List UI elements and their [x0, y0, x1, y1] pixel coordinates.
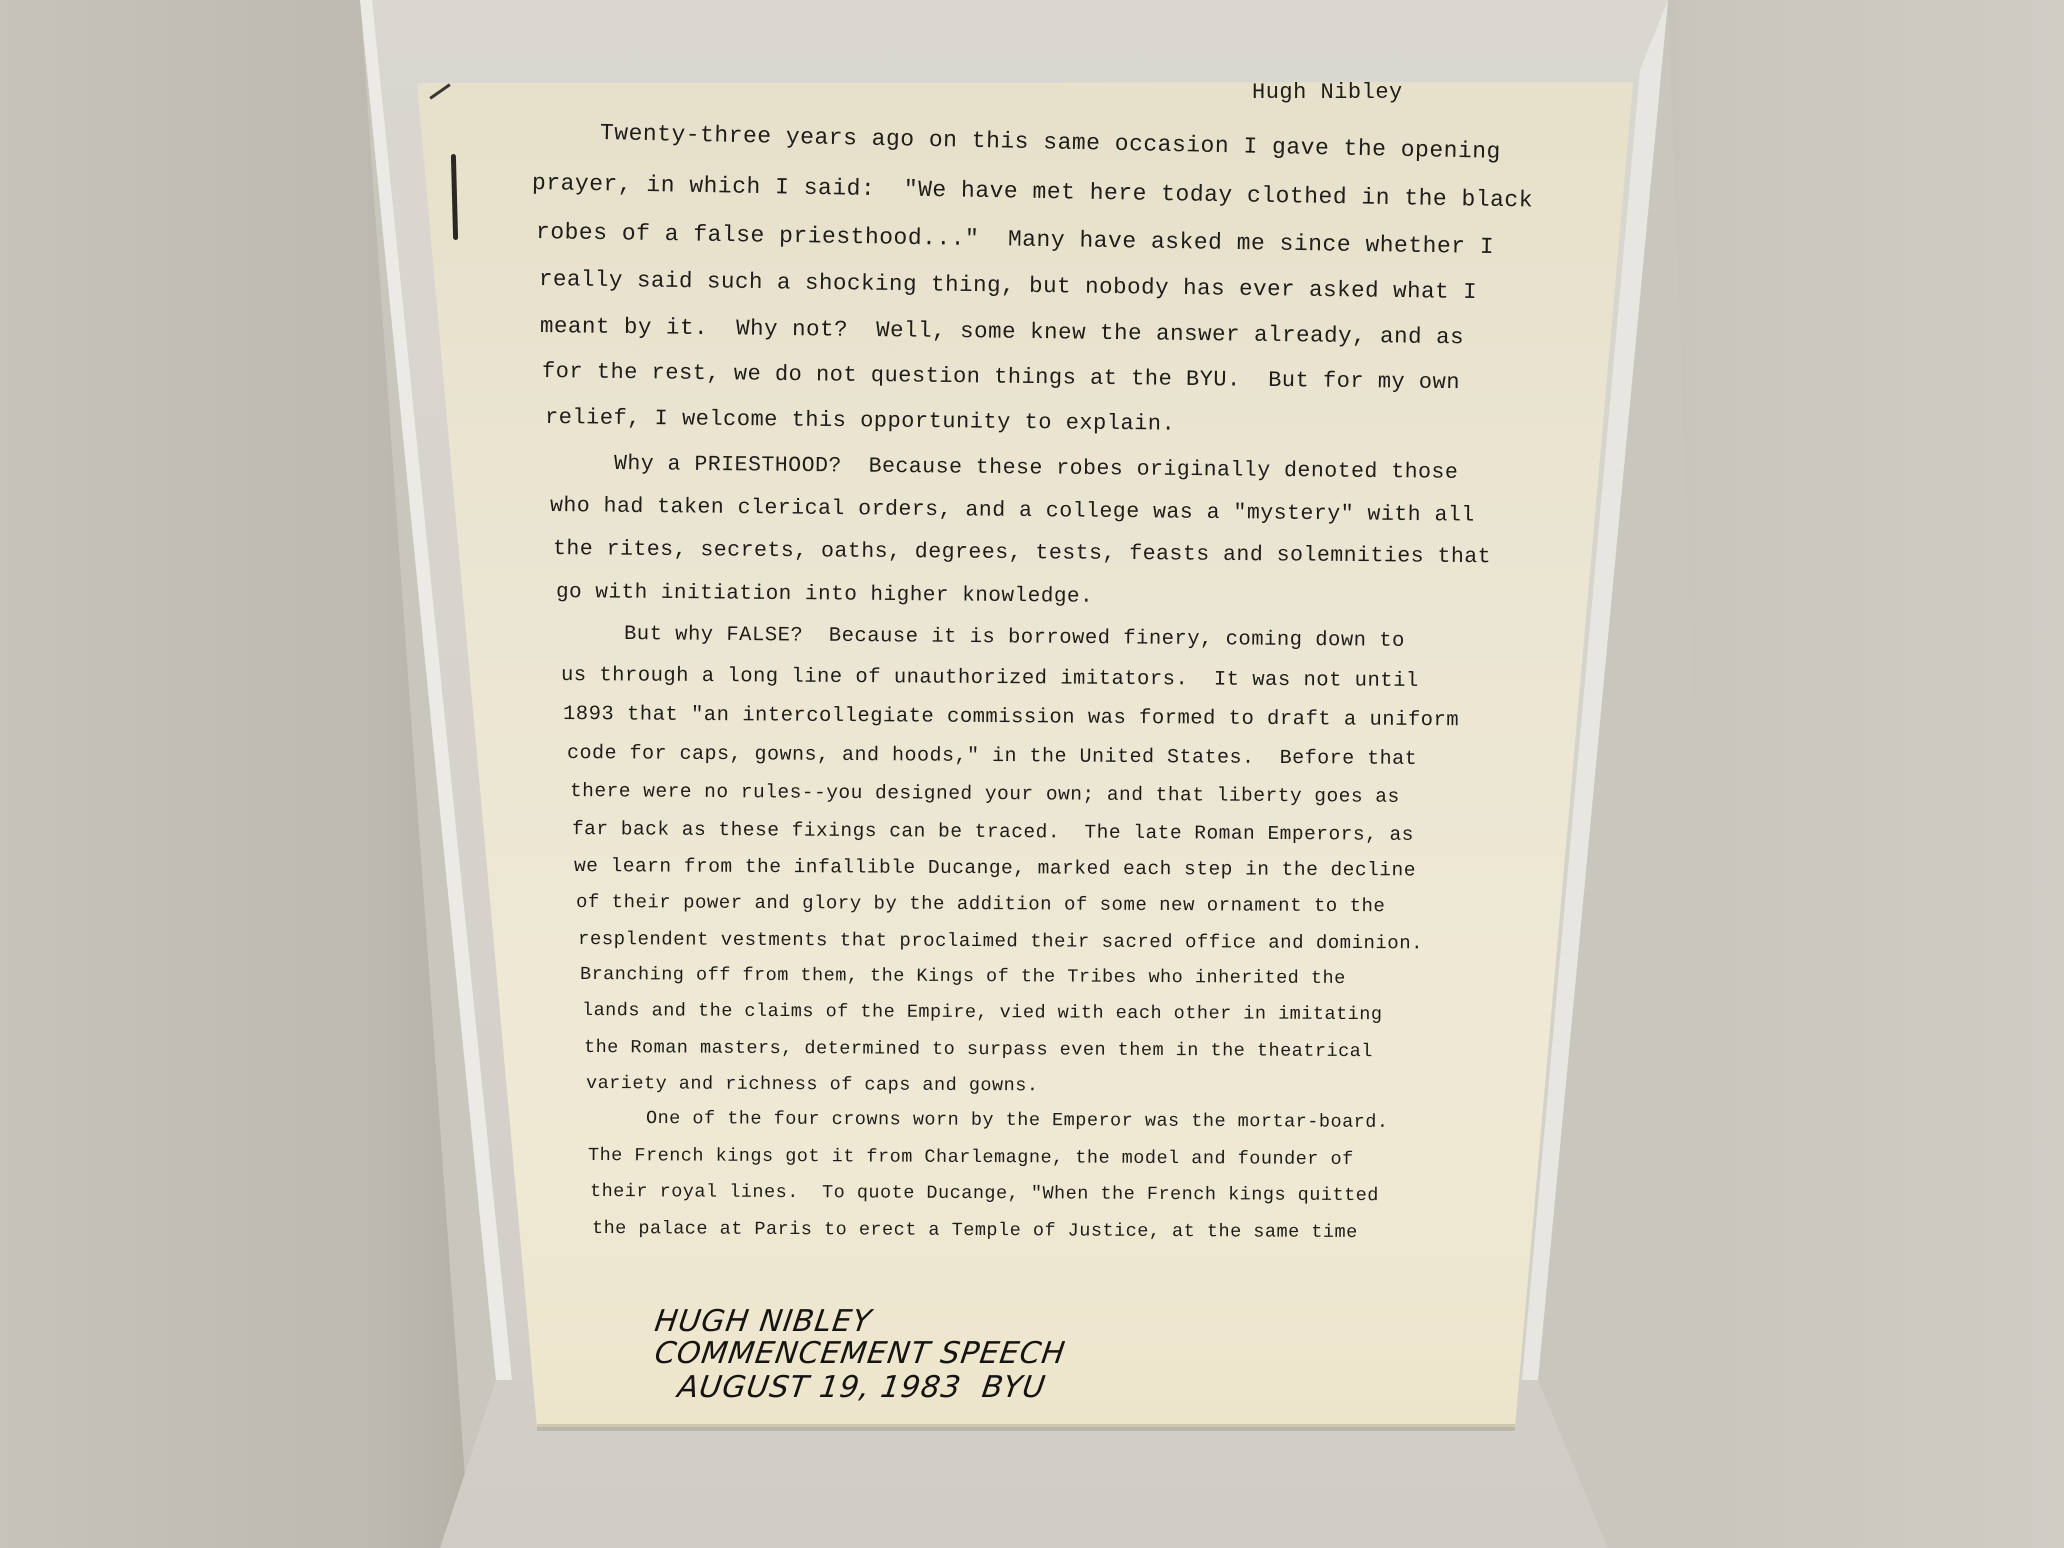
typed-line: of their power and glory by the addition… — [576, 891, 1385, 917]
handwritten-author: HUGH NIBLEY — [653, 1304, 875, 1339]
handwritten-event: COMMENCEMENT SPEECH — [653, 1336, 1068, 1371]
typed-line: the Roman masters, determined to surpass… — [584, 1037, 1373, 1062]
typed-line: Branching off from them, the Kings of th… — [580, 964, 1346, 989]
typed-line: go with initiation into higher knowledge… — [556, 581, 1093, 609]
page-header-author: Hugh Nibley — [1252, 80, 1403, 105]
typed-line: lands and the claims of the Empire, vied… — [582, 1000, 1383, 1025]
typed-line: their royal lines. To quote Ducange, "Wh… — [590, 1181, 1379, 1206]
typed-line: we learn from the infallible Ducange, ma… — [574, 855, 1416, 881]
typed-line: the palace at Paris to erect a Temple of… — [592, 1218, 1358, 1243]
handwritten-date: AUGUST 19, 1983 BYU — [676, 1370, 1049, 1405]
typed-line: variety and richness of caps and gowns. — [586, 1073, 1039, 1096]
typed-line: One of the four crowns worn by the Emper… — [646, 1108, 1389, 1133]
typed-line: The French kings got it from Charlemagne… — [588, 1145, 1354, 1170]
typed-line: resplendent vestments that proclaimed th… — [578, 928, 1423, 954]
